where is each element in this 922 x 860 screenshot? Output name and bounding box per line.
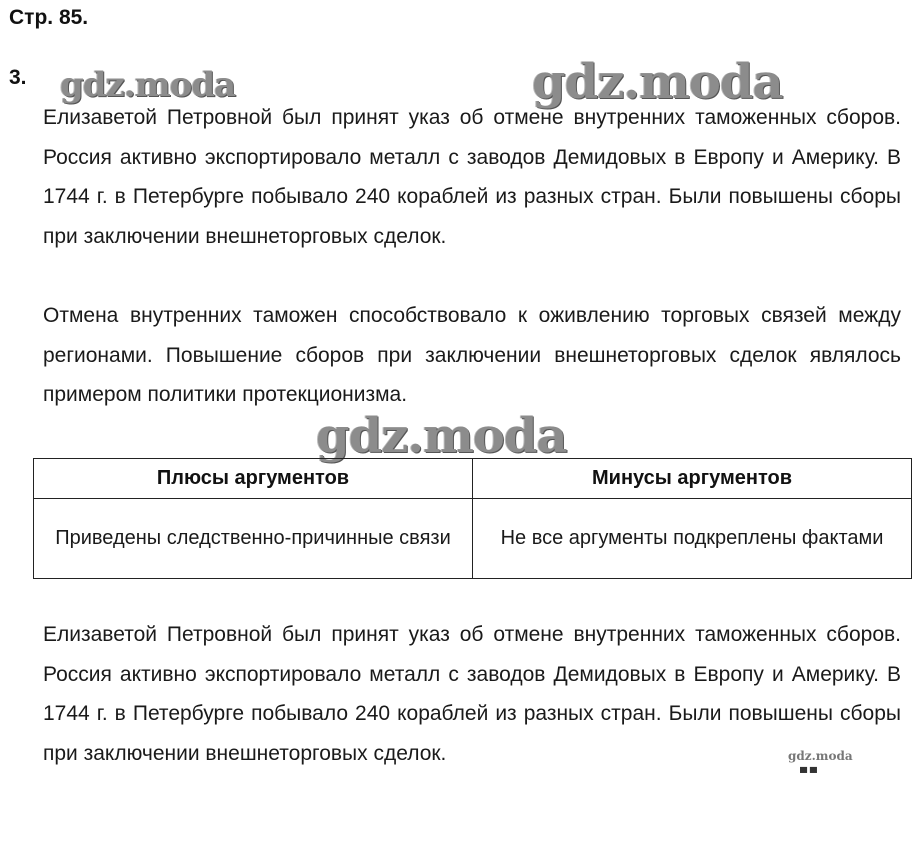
cell-cons: Не все аргументы подкреплены фактами: [473, 499, 912, 579]
answer-paragraph-2: Отмена внутренних таможен способствовало…: [43, 296, 901, 415]
footer-marks: ▀ ▀: [800, 768, 817, 779]
header-cons: Минусы аргументов: [473, 459, 912, 499]
task-number: 3.: [9, 66, 27, 90]
watermark: gdz.moda: [60, 68, 235, 102]
answer-paragraph-3: Елизаветой Петровной был принят указ об …: [43, 615, 901, 773]
watermark: gdz.moda: [316, 412, 567, 460]
watermark-small: gdz.moda: [788, 750, 853, 762]
page-label: Стр. 85.: [9, 6, 88, 30]
answer-paragraph-1: Елизаветой Петровной был принят указ об …: [43, 98, 901, 256]
cell-pros: Приведены следственно-причинные связи: [34, 499, 473, 579]
table-row: Приведены следственно-причинные связи Не…: [34, 499, 912, 579]
arguments-table: Плюсы аргументов Минусы аргументов Приве…: [33, 458, 912, 579]
table-header-row: Плюсы аргументов Минусы аргументов: [34, 459, 912, 499]
header-pros: Плюсы аргументов: [34, 459, 473, 499]
